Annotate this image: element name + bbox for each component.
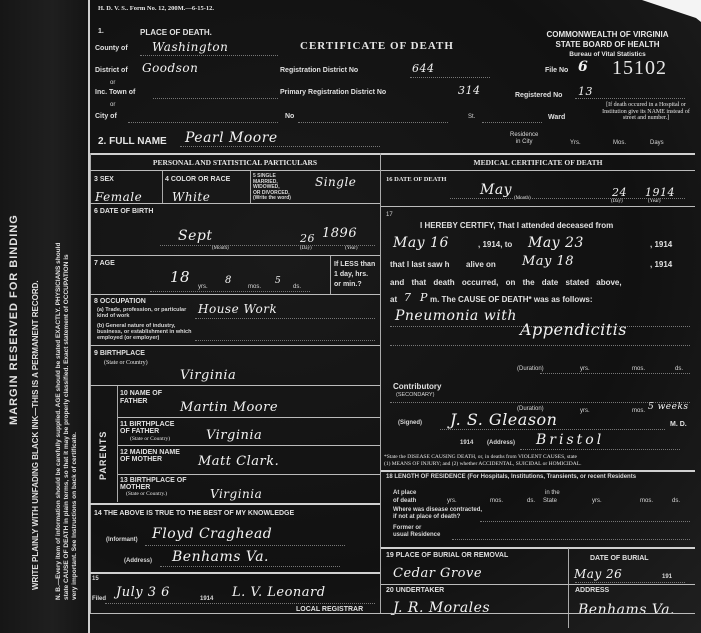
hospital-note: [If death occured in a Hospital or Insti… bbox=[600, 102, 692, 122]
district-value: Goodson bbox=[142, 61, 198, 75]
dob-label: 6 DATE OF BIRTH bbox=[94, 208, 153, 215]
signed-label: (Signed) bbox=[398, 420, 422, 426]
informant-heading: 14 THE ABOVE IS TRUE TO THE BEST OF MY K… bbox=[94, 510, 294, 517]
informant-label: (Informant) bbox=[106, 537, 138, 543]
filed-number: 15 bbox=[92, 576, 99, 582]
authority-block: COMMONWEALTH OF VIRGINIA STATE BOARD OF … bbox=[520, 30, 695, 60]
occurred-text: and that death occurred, on the date sta… bbox=[390, 278, 622, 287]
margin-binding-text: MARGIN RESERVED FOR BINDING bbox=[8, 214, 20, 425]
age-months: 8 bbox=[225, 275, 232, 286]
mother-birthplace-sub: (State or Country.) bbox=[126, 491, 167, 497]
mother-name-label: 12 MAIDEN NAME OF MOTHER bbox=[120, 449, 190, 463]
physician-signature: J. S. Gleason bbox=[450, 410, 557, 429]
occupation-label: 8 OCCUPATION bbox=[94, 298, 146, 305]
marital-value: Single bbox=[315, 175, 356, 189]
dod-year-caption: (Year) bbox=[648, 199, 661, 204]
registered-no-value: 13 bbox=[578, 85, 593, 98]
age-years: 18 bbox=[170, 268, 190, 286]
residence-mos: Mos. bbox=[613, 140, 626, 146]
margin-nb-line2: state CAUSE OF DEATH in plain terms, so … bbox=[63, 254, 70, 600]
duration-ds-1: ds. bbox=[675, 366, 683, 372]
dod-label: 16 DATE OF DEATH bbox=[386, 176, 446, 183]
attended-to-year: , 1914 bbox=[650, 240, 672, 249]
mother-birthplace-value: Virginia bbox=[210, 487, 262, 501]
residence-yrs: Yrs. bbox=[570, 140, 581, 146]
residence-heading: 18 LENGTH OF RESIDENCE (For Hospitals, I… bbox=[386, 474, 691, 481]
dob-day: 26 bbox=[300, 232, 315, 245]
dob-month-caption: (Month) bbox=[212, 246, 229, 251]
duration-value-2: 5 weeks bbox=[648, 402, 689, 412]
dob-day-caption: (Day) bbox=[300, 246, 312, 251]
registered-no-label: Registered No bbox=[515, 92, 562, 99]
sex-value: Female bbox=[95, 190, 142, 204]
reg-district-label: Registration District No bbox=[280, 67, 358, 74]
father-name-label: 10 NAME OF FATHER bbox=[120, 390, 180, 406]
race-label: 4 COLOR OR RACE bbox=[165, 176, 230, 183]
ward-label: Ward bbox=[548, 114, 565, 121]
physician-address-label: (Address) bbox=[487, 440, 515, 446]
burial-date-value: May 26 bbox=[574, 567, 622, 581]
age-ds-caption: ds. bbox=[293, 284, 301, 290]
birthplace-label: 9 BIRTHPLACE bbox=[94, 350, 145, 357]
attended-from-date: May 16 bbox=[393, 235, 449, 251]
full-name-label: 2. FULL NAME bbox=[98, 136, 167, 147]
parents-label: PARENTS bbox=[98, 431, 108, 480]
death-time: 7 bbox=[404, 291, 412, 304]
undertaker-address-value: Benhams Va. bbox=[578, 602, 675, 618]
age-days: 5 bbox=[275, 276, 281, 286]
duration-mos-1: mos. bbox=[632, 366, 645, 372]
full-name-value: Pearl Moore bbox=[185, 130, 278, 146]
occupation-b-label: (b) General nature of industry, business… bbox=[97, 323, 197, 341]
occupation-a-label: (a) Trade, profession, or particular kin… bbox=[97, 307, 192, 319]
former-residence-label: Former or usual Residence bbox=[393, 525, 440, 539]
local-registrar-signature: L. V. Leonard bbox=[232, 585, 326, 600]
disease-contracted-label: Where was disease contracted, if not at … bbox=[393, 507, 482, 521]
residence-yrs-2: yrs. bbox=[592, 498, 602, 504]
cause-footnote: *State the DISEASE CAUSING DEATH, or, in… bbox=[384, 454, 581, 468]
undertaker-address-label: ADDRESS bbox=[575, 587, 609, 594]
city-label: City of bbox=[95, 113, 117, 120]
duration-mos-2: mos. bbox=[632, 408, 645, 414]
residence-yrs-1: yrs. bbox=[447, 498, 457, 504]
age-yrs-caption: yrs. bbox=[198, 284, 208, 290]
inc-town-label: Inc. Town of bbox=[95, 89, 135, 96]
residence-city-label: Residence in City bbox=[510, 132, 538, 146]
occupation-value: House Work bbox=[198, 302, 277, 316]
st-label: St. bbox=[468, 114, 475, 120]
attended-from-year: , 1914, to bbox=[478, 240, 512, 249]
certify-number: 17 bbox=[386, 212, 393, 218]
mother-name-value: Matt Clark. bbox=[198, 454, 279, 469]
at-text: at bbox=[390, 295, 397, 304]
burial-year: 191 bbox=[662, 574, 672, 580]
death-certificate: MARGIN RESERVED FOR BINDING WRITE PLAINL… bbox=[0, 0, 701, 633]
cause-text: m. The CAUSE OF DEATH* was as follows: bbox=[430, 295, 593, 304]
place-of-death-number: 1. bbox=[98, 28, 104, 35]
authority-line3: Bureau of Vital Statistics bbox=[520, 50, 695, 60]
primary-reg-value: 314 bbox=[458, 84, 481, 97]
age-mos-caption: mos. bbox=[248, 284, 261, 290]
filed-year: 1914 bbox=[200, 596, 213, 602]
secondary-label: (SECONDARY) bbox=[396, 392, 434, 398]
father-birthplace-value: Virginia bbox=[206, 428, 262, 443]
file-no-label: File No bbox=[545, 67, 568, 74]
informant-value: Floyd Craghead bbox=[152, 526, 272, 542]
duration-label-1: (Duration) bbox=[517, 366, 544, 372]
last-saw-text2: alive on bbox=[466, 260, 496, 269]
reg-district-value: 644 bbox=[412, 62, 435, 75]
residence-of-death: of death bbox=[393, 498, 416, 504]
or-label-1: or bbox=[110, 80, 115, 86]
file-no-prefix: 6 bbox=[578, 59, 588, 75]
primary-reg-label: Primary Registration District No bbox=[280, 89, 386, 96]
physician-address-value: Bristol bbox=[536, 432, 604, 448]
signed-year: 1914 bbox=[460, 440, 473, 446]
age-label: 7 AGE bbox=[94, 260, 115, 267]
residence-mos-2: mos. bbox=[640, 498, 653, 504]
dob-year-caption: (Year) bbox=[345, 246, 358, 251]
certify-text: I HEREBY CERTIFY, That I attended deceas… bbox=[420, 221, 613, 230]
filed-label: Filed bbox=[92, 596, 106, 602]
residence-state: State bbox=[543, 498, 557, 504]
burial-place-value: Cedar Grove bbox=[393, 566, 482, 581]
district-label: District of bbox=[95, 67, 128, 74]
residence-mos-1: mos. bbox=[490, 498, 503, 504]
if-less-than-day: If LESS than 1 day, hrs. or min.? bbox=[334, 260, 375, 290]
local-registrar-label: LOCAL REGISTRAR bbox=[296, 606, 363, 613]
residence-in-the: in the bbox=[545, 490, 560, 496]
authority-line2: STATE BOARD OF HEALTH bbox=[520, 40, 695, 50]
md-label: M. D. bbox=[670, 421, 687, 428]
father-birthplace-label: 11 BIRTHPLACE OF FATHER bbox=[120, 421, 185, 435]
residence-at-place: At place bbox=[393, 490, 416, 496]
no-label: No bbox=[285, 113, 294, 120]
file-no-value: 15102 bbox=[612, 57, 667, 80]
contributory-label: Contributory bbox=[393, 382, 441, 391]
residence-ds-1: ds. bbox=[527, 498, 535, 504]
dod-day-caption: (Day) bbox=[611, 199, 623, 204]
county-label: County of bbox=[95, 45, 128, 52]
margin-nb-line3: very important. See Instructions on back… bbox=[71, 432, 78, 600]
burial-place-label: 19 PLACE OF BURIAL OR REMOVAL bbox=[386, 552, 508, 559]
margin-write-plainly: WRITE PLAINLY WITH UNFADING BLACK INK—TH… bbox=[31, 280, 40, 590]
margin-nb-line1: N. B.—Every item of information should b… bbox=[55, 243, 62, 600]
county-value: Washington bbox=[152, 40, 228, 54]
cause-secondary: Appendicitis bbox=[520, 320, 627, 339]
form-id: H. D. V. S.. Form No. 12, 200M.—6-15-12. bbox=[98, 5, 214, 12]
duration-yrs-2: yrs. bbox=[580, 408, 590, 414]
residence-ds-2: ds. bbox=[672, 498, 680, 504]
last-saw-text: that I last saw h bbox=[390, 260, 450, 269]
undertaker-label: 20 UNDERTAKER bbox=[386, 587, 444, 594]
or-label-2: or bbox=[110, 102, 115, 108]
birthplace-sub: (State or Country) bbox=[104, 360, 148, 366]
place-of-death-heading: PLACE OF DEATH. bbox=[140, 28, 212, 37]
certificate-title: CERTIFICATE OF DEATH bbox=[300, 40, 454, 52]
dob-month: Sept bbox=[178, 228, 212, 244]
informant-address-label: (Address) bbox=[124, 558, 152, 564]
filed-date: July 3 6 bbox=[116, 585, 170, 600]
last-saw-date: May 18 bbox=[522, 254, 574, 269]
last-saw-year: , 1914 bbox=[650, 260, 672, 269]
duration-yrs-1: yrs. bbox=[580, 366, 590, 372]
burial-date-label: DATE OF BURIAL bbox=[590, 555, 649, 562]
informant-address-value: Benhams Va. bbox=[172, 549, 269, 565]
authority-line1: COMMONWEALTH OF VIRGINIA bbox=[520, 30, 695, 40]
dob-year: 1896 bbox=[322, 226, 357, 241]
attended-to-date: May 23 bbox=[528, 235, 584, 251]
cause-primary: Pneumonia with bbox=[395, 308, 517, 324]
mother-birthplace-label: 13 BIRTHPLACE OF MOTHER bbox=[120, 477, 190, 491]
father-name-value: Martin Moore bbox=[180, 400, 278, 415]
birthplace-value: Virginia bbox=[180, 368, 236, 383]
father-birthplace-sub: (State or Country) bbox=[130, 436, 170, 442]
death-ampm: P bbox=[420, 291, 428, 304]
medical-heading: MEDICAL CERTIFICATE OF DEATH bbox=[381, 158, 695, 167]
residence-days: Days bbox=[650, 140, 664, 146]
sex-label: 3 SEX bbox=[94, 176, 114, 183]
dod-month: May bbox=[480, 182, 512, 198]
race-value: White bbox=[172, 190, 210, 204]
personal-heading: PERSONAL AND STATISTICAL PARTICULARS bbox=[90, 158, 380, 167]
marital-label: 5 SINGLE MARRIED, WIDOWED, OR DIVORCED, … bbox=[253, 174, 291, 202]
